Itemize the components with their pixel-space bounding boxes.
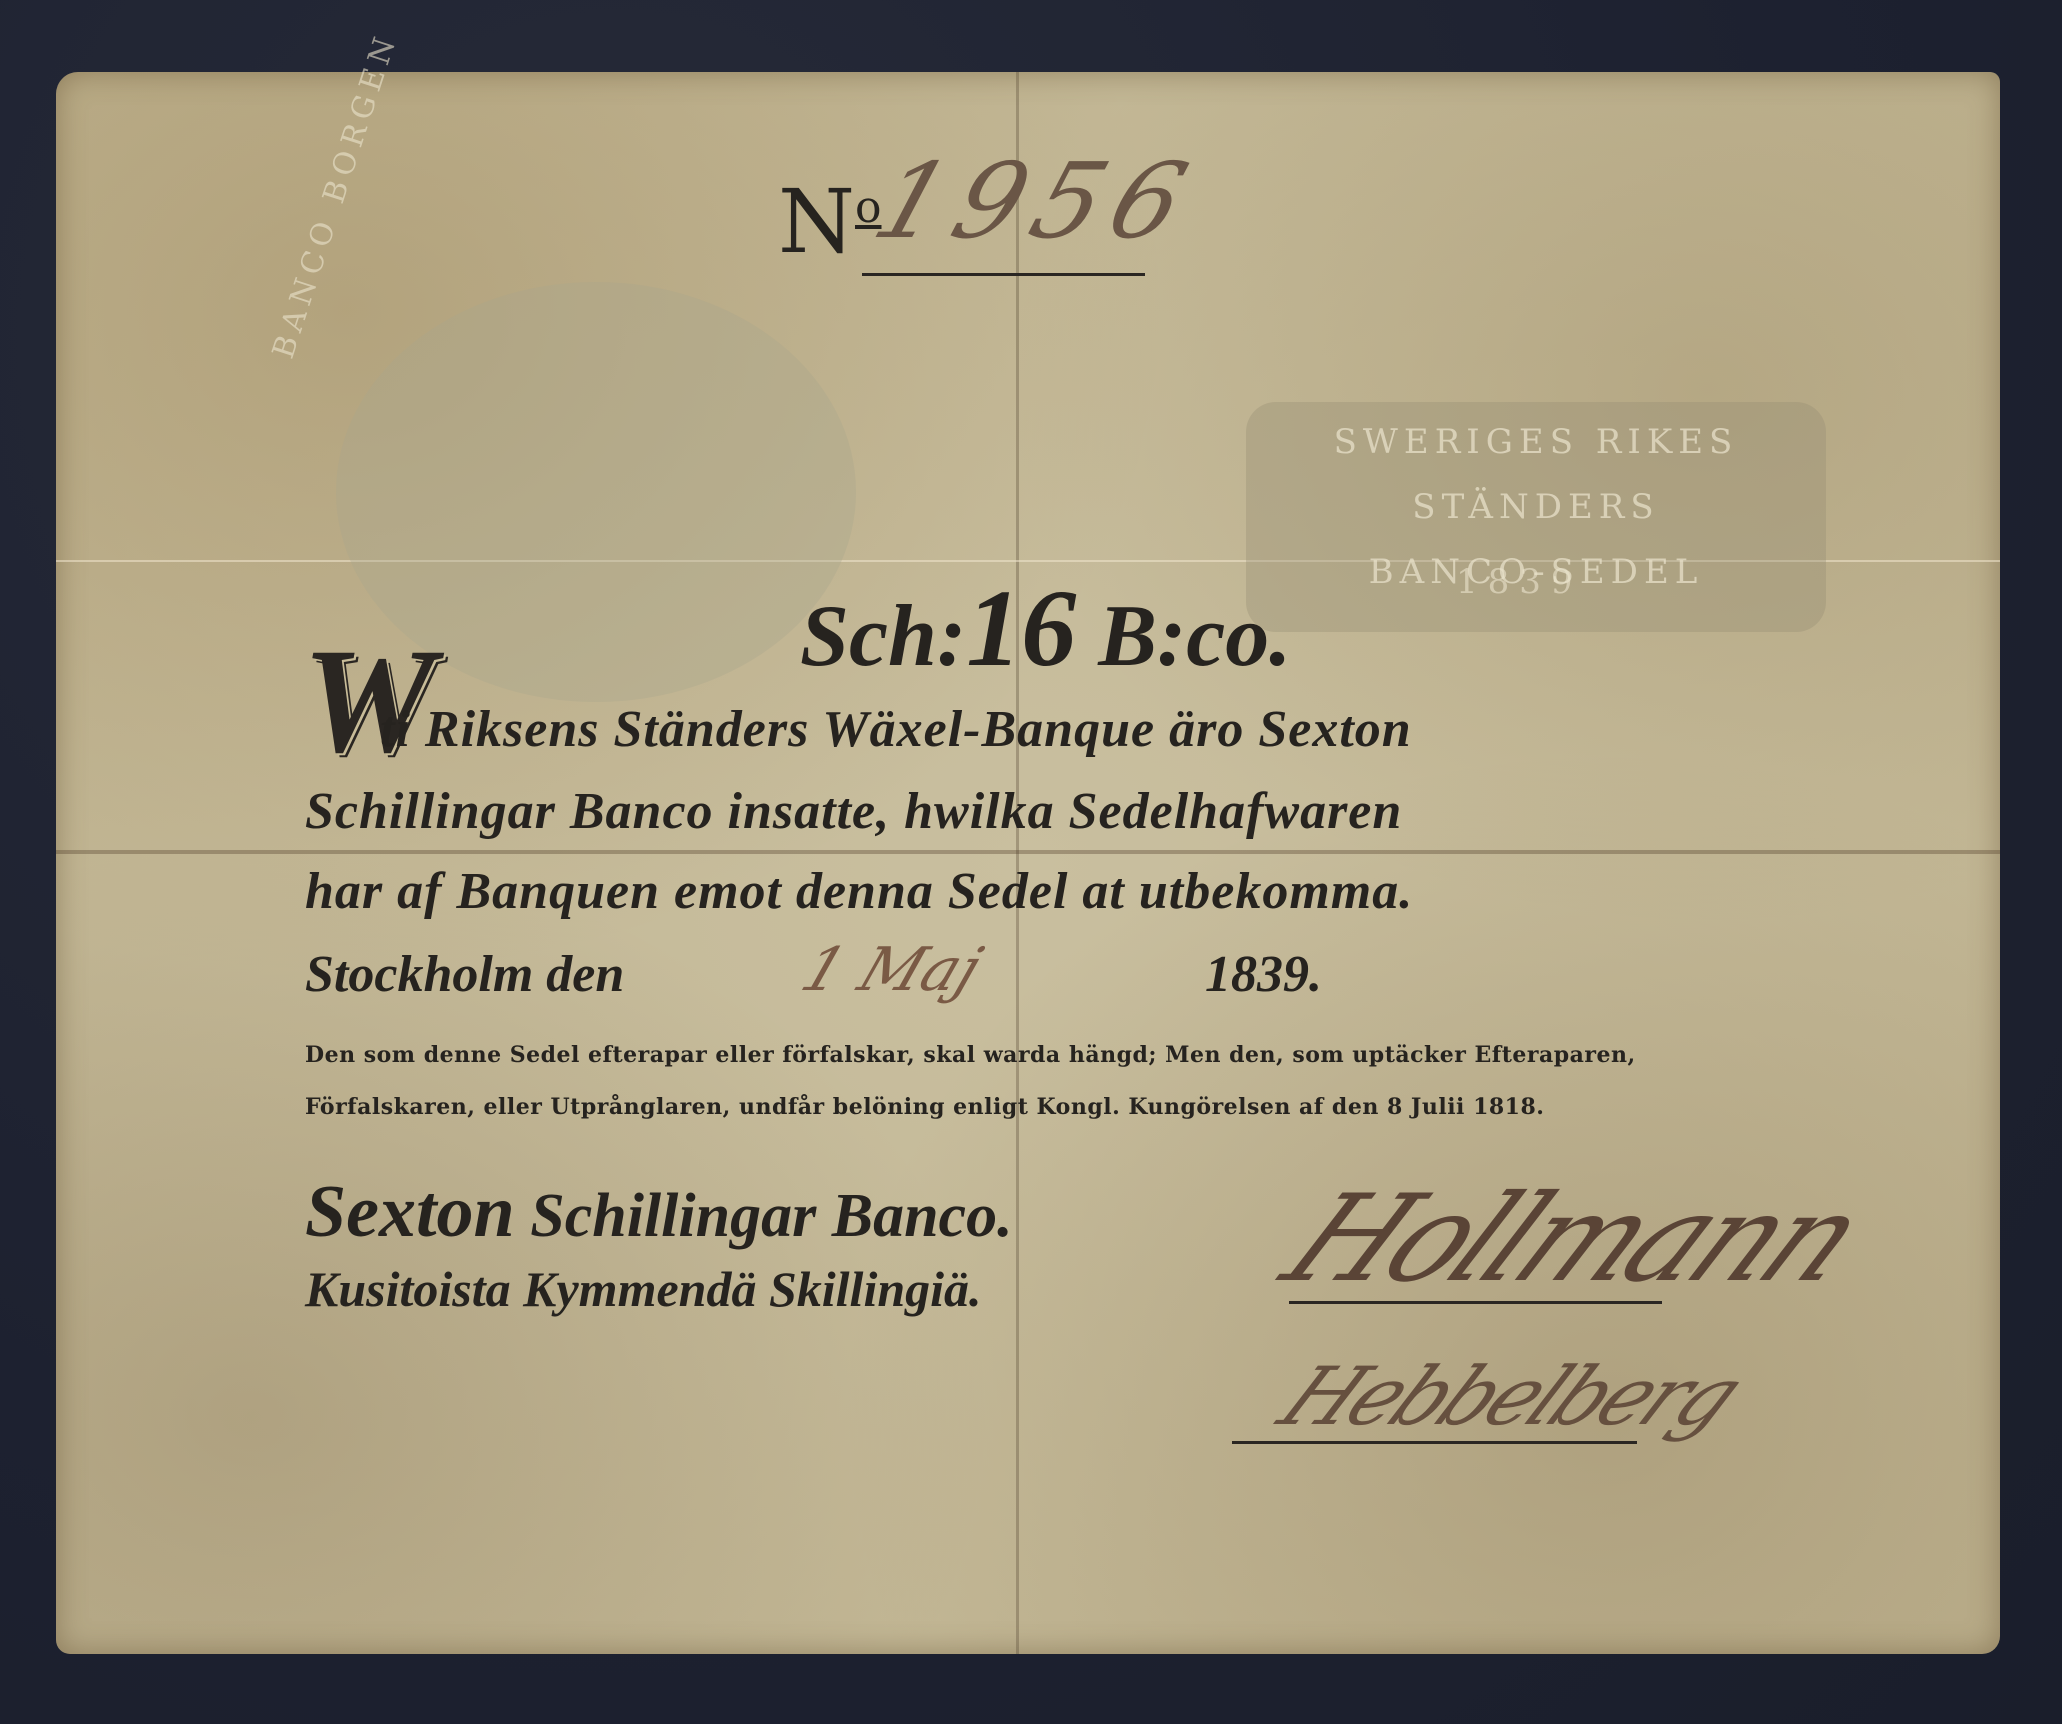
signature-line-1: [1289, 1301, 1662, 1304]
warning-line-1: Den som denne Sedel efterapar eller förf…: [305, 1042, 1636, 1068]
horizontal-fold-tear: [56, 850, 2000, 854]
amount-sexton: Sexton: [305, 1171, 515, 1253]
denomination: Sch:16 B:co.: [800, 565, 1291, 692]
amount-finnish: Kusitoista Kymmendä Skillingiä.: [305, 1260, 982, 1318]
body-line-1: ti Riksens Ständers Wäxel-Banque äro Sex…: [380, 700, 1412, 759]
body-line-2: Schillingar Banco insatte, hwilka Sedelh…: [305, 782, 1402, 841]
amount-schillingar: Schillingar Banco.: [530, 1182, 1012, 1250]
handwritten-date: 1 Maj: [792, 935, 991, 1005]
issue-year: 1839.: [1205, 945, 1322, 1004]
watermark-left-text: BANCO BORGEN: [266, 28, 405, 363]
signature-line-2: [1232, 1441, 1637, 1444]
serial-n: N: [778, 170, 855, 273]
amount-swedish: Sexton Schillingar Banco.: [305, 1170, 1013, 1255]
place-text: Stockholm den: [305, 945, 624, 1004]
body-line-3: har af Banquen emot denna Sedel at utbek…: [305, 862, 1413, 921]
serial-underline: [862, 273, 1145, 276]
signature-2: Hebbelberg: [1263, 1350, 1757, 1443]
watermark-line-1: SWERIGES RIKES: [1246, 422, 1826, 462]
denomination-value: 16: [966, 567, 1076, 689]
watermark-year: 1839: [1456, 562, 1583, 602]
watermark-line-2: STÄNDERS: [1246, 487, 1826, 527]
denomination-prefix: Sch:: [800, 588, 966, 685]
denomination-suffix: B:co.: [1098, 588, 1291, 685]
signature-1: Hollmann: [1260, 1170, 1886, 1309]
serial-number-handwritten: 1956: [860, 140, 1212, 262]
warning-line-2: Förfalskaren, eller Utprånglaren, undfår…: [305, 1094, 1544, 1120]
